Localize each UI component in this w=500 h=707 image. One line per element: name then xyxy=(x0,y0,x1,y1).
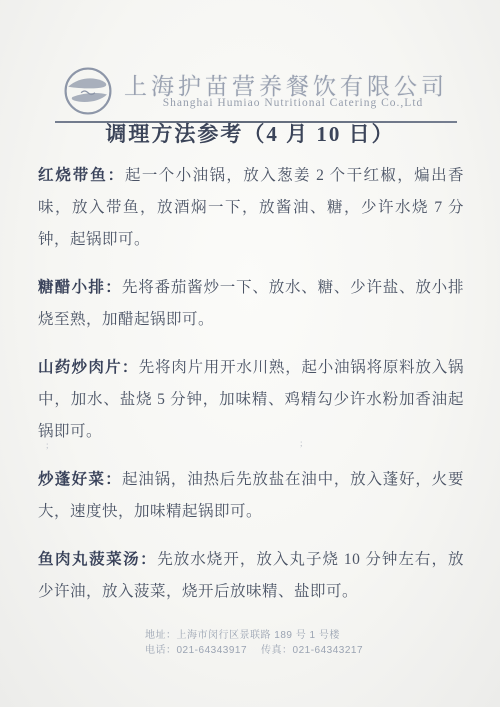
recipe-name: 鱼肉丸菠菜汤： xyxy=(38,551,157,568)
footer-phone: 电话：021-64343917 xyxy=(145,645,247,656)
footer-address: 地址：上海市闵行区景联路 189 号 1 号楼 xyxy=(145,628,405,643)
document-footer: 地址：上海市闵行区景联路 189 号 1 号楼 电话：021-64343917传… xyxy=(145,628,405,658)
recipe-paragraph: 鱼肉丸菠菜汤：先放水烧开，放入丸子烧 10 分钟左右，放少许油，放入菠菜，烧开后… xyxy=(38,544,464,608)
recipe-name: 炒蓬好菜： xyxy=(38,471,122,488)
company-name-en: Shanghai Humiao Nutritional Catering Co.… xyxy=(128,97,458,109)
recipe-paragraph: 炒蓬好菜：起油锅，油热后先放盐在油中，放入蓬好，火要大，速度快，加味精起锅即可。 xyxy=(38,464,464,528)
scanned-document-page: 上海护苗营养餐饮有限公司 Shanghai Humiao Nutritional… xyxy=(0,0,500,707)
recipe-name: 红烧带鱼： xyxy=(38,167,125,184)
footer-fax: 传真：021-64343217 xyxy=(261,645,363,656)
letterhead: 上海护苗营养餐饮有限公司 Shanghai Humiao Nutritional… xyxy=(0,30,500,100)
company-logo-icon xyxy=(62,66,114,116)
recipe-paragraph: 红烧带鱼：起一个小油锅，放入葱姜 2 个干红椒，煸出香味，放入带鱼，放酒焖一下，… xyxy=(38,160,464,256)
recipe-list: 红烧带鱼：起一个小油锅，放入葱姜 2 个干红椒，煸出香味，放入带鱼，放酒焖一下，… xyxy=(38,160,464,624)
recipe-paragraph: 糖醋小排：先将番茄酱炒一下、放水、糖、少许盐、放小排烧至熟，加醋起锅即可。 xyxy=(38,272,464,336)
recipe-name: 山药炒肉片： xyxy=(38,359,139,376)
document-title: 调理方法参考（4 月 10 日） xyxy=(0,118,500,148)
scan-artifact: ; xyxy=(46,440,49,450)
recipe-paragraph: 山药炒肉片：先将肉片用开水川熟，起小油锅将原料放入锅中，加水、盐烧 5 分钟，加… xyxy=(38,352,464,448)
footer-contact-line: 电话：021-64343917传真：021-64343217 xyxy=(145,643,405,658)
recipe-name: 糖醋小排： xyxy=(38,279,122,296)
scan-artifact: ; xyxy=(300,438,303,448)
